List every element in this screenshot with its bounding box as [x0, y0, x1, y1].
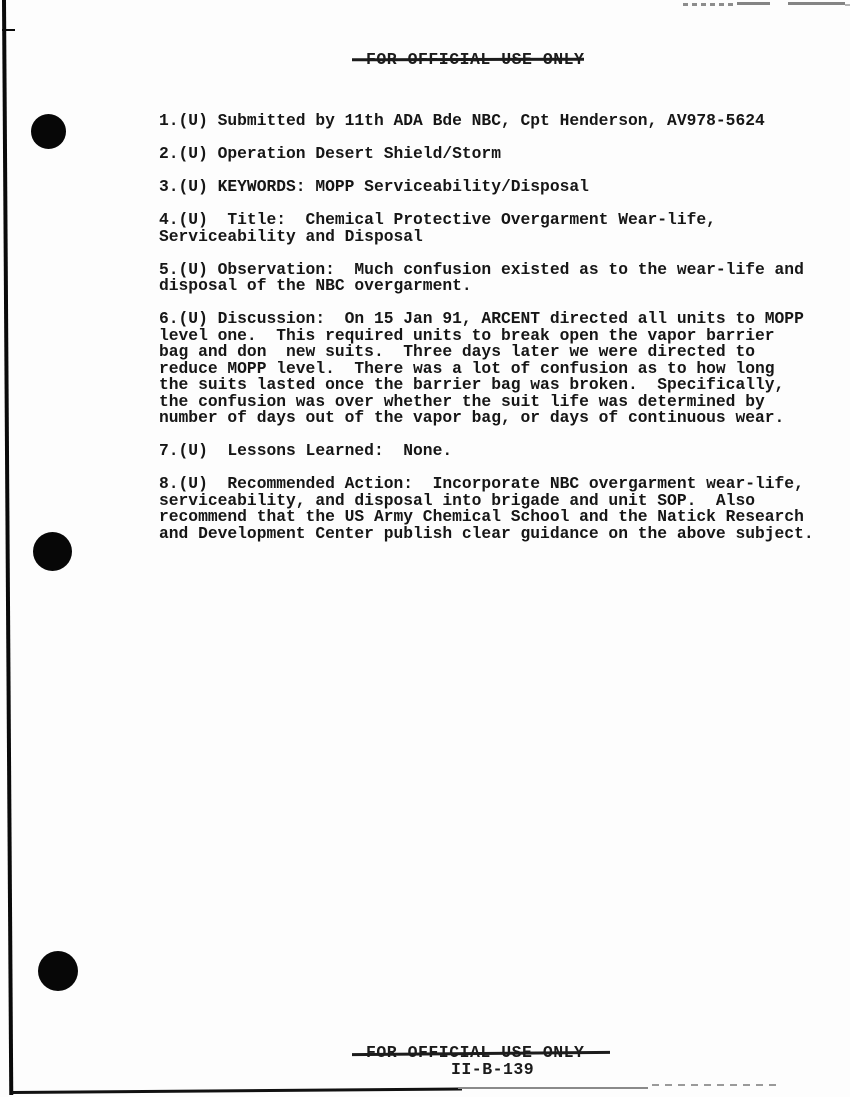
scan-top-right-line-segment	[845, 4, 850, 6]
classification-header-strikethrough	[352, 58, 584, 62]
page-number: II-B-139	[451, 1060, 534, 1079]
scan-left-edge-tick	[2, 29, 15, 31]
paragraph-3-keywords: 3.(U) KEYWORDS: MOPP Serviceability/Disp…	[159, 179, 839, 196]
scan-top-right-line-segment	[737, 2, 770, 5]
scan-bottom-right-dashed-line	[652, 1084, 782, 1086]
scan-left-edge-line	[2, 0, 13, 1095]
paragraph-7-lessons-learned: 7.(U) Lessons Learned: None.	[159, 443, 839, 460]
scan-top-right-dashed-line	[683, 3, 733, 6]
scan-bottom-edge-line	[12, 1087, 462, 1094]
paragraph-4-title: 4.(U) Title: Chemical Protective Overgar…	[159, 212, 839, 245]
scanned-document-page: FOR OFFICIAL USE ONLY 1.(U) Submitted by…	[0, 0, 850, 1097]
hole-punch	[38, 951, 78, 991]
paragraph-1-submitted-by: 1.(U) Submitted by 11th ADA Bde NBC, Cpt…	[159, 113, 839, 130]
hole-punch	[31, 114, 66, 149]
hole-punch	[33, 532, 72, 571]
paragraph-2-operation: 2.(U) Operation Desert Shield/Storm	[159, 146, 839, 163]
paragraph-5-observation: 5.(U) Observation: Much confusion existe…	[159, 262, 839, 295]
scan-bottom-edge-line-gray	[458, 1087, 648, 1089]
paragraph-6-discussion: 6.(U) Discussion: On 15 Jan 91, ARCENT d…	[159, 311, 839, 427]
scan-top-right-line-segment	[788, 2, 845, 5]
paragraph-8-recommended-action: 8.(U) Recommended Action: Incorporate NB…	[159, 476, 839, 542]
document-body: 1.(U) Submitted by 11th ADA Bde NBC, Cpt…	[159, 113, 839, 559]
